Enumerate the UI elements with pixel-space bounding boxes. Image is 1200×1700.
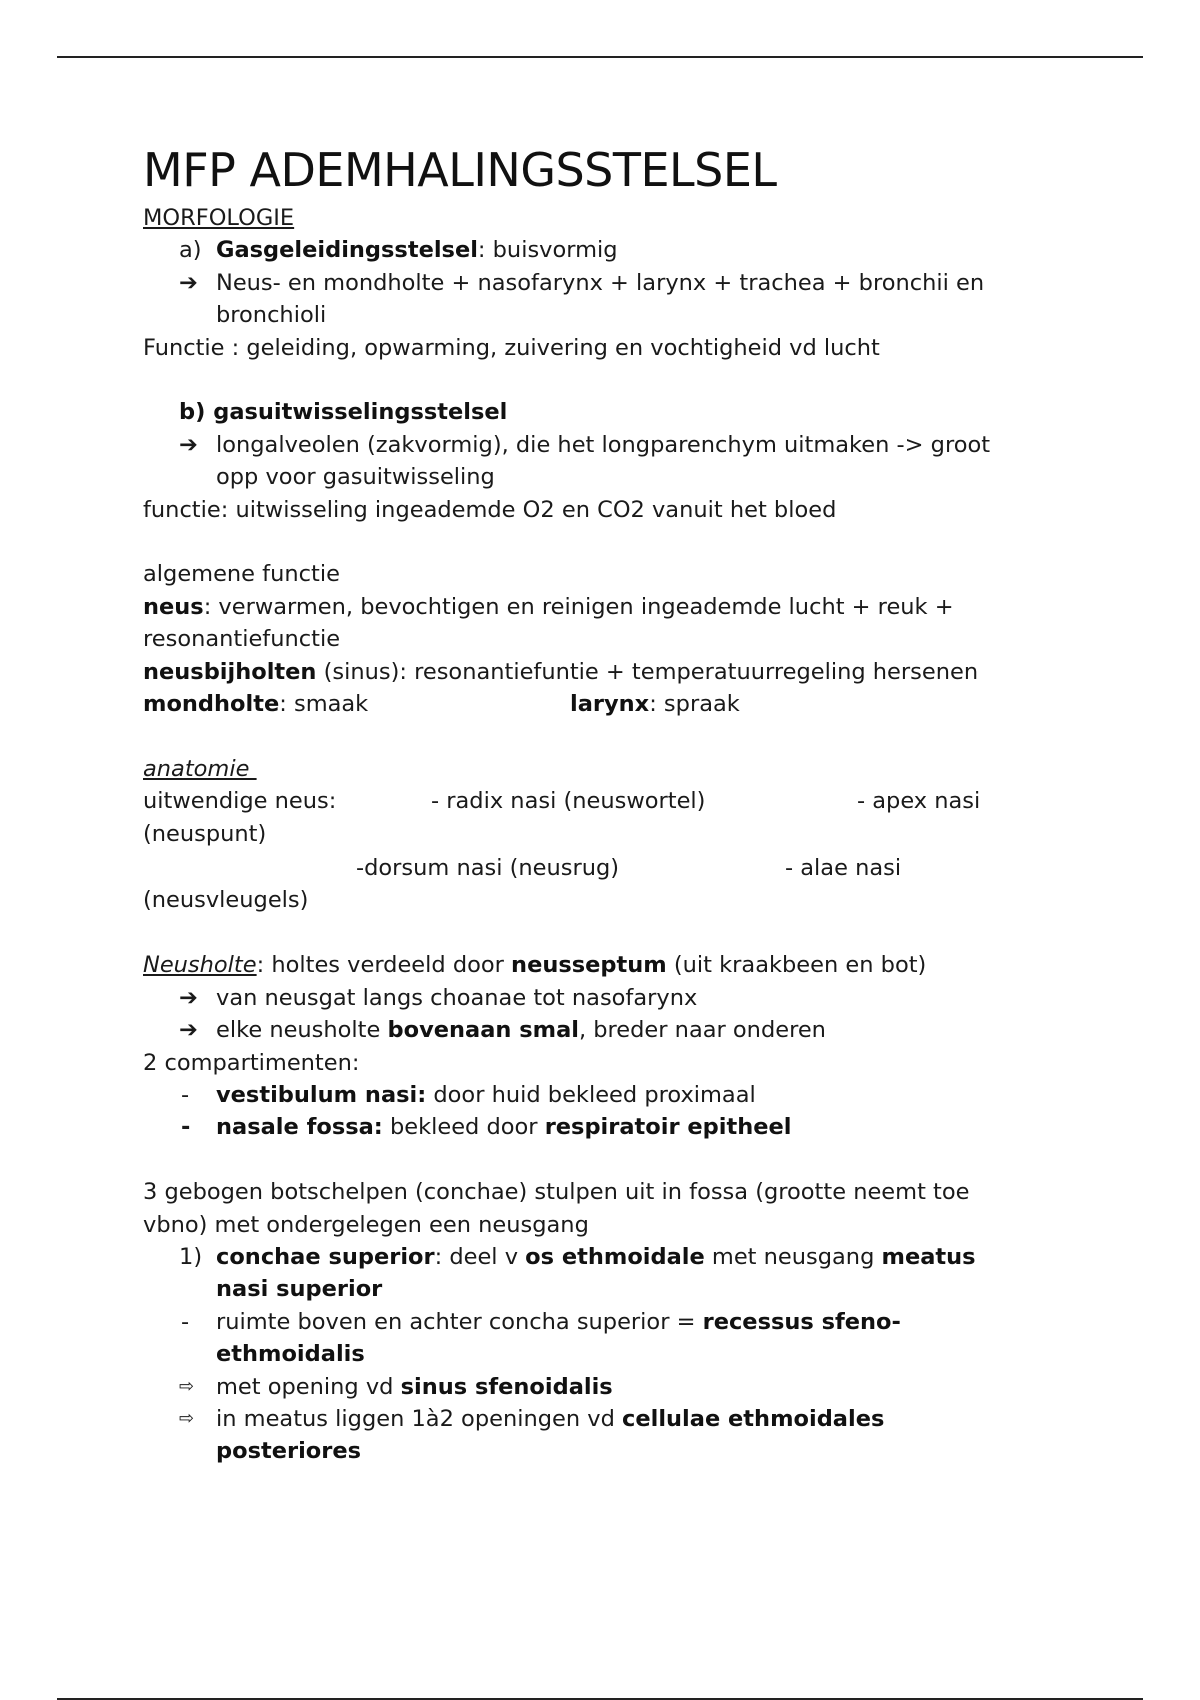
dash-bullet-icon: - xyxy=(181,1111,211,1143)
conchae-intro-line-cont: vbno) met ondergelegen een neusgang xyxy=(143,1209,1073,1241)
outline-arrow-item: ⇨ met opening vd sinus sfenoidalis xyxy=(143,1371,1073,1403)
function-line: functie: uitwisseling ingeademde O2 en C… xyxy=(143,494,1073,526)
arrow-right-icon: ➔ xyxy=(179,429,209,461)
dash-item: - nasale fossa: bekleed door respiratoir… xyxy=(143,1111,1073,1143)
list-item-b: b) gasuitwisselingsstelsel xyxy=(143,396,1073,428)
dash-item-cont: ethmoidalis xyxy=(143,1338,1073,1370)
alae-cont: (neusvleugels) xyxy=(143,884,1073,916)
arrow-right-icon: ➔ xyxy=(179,267,209,299)
apex-cont: (neuspunt) xyxy=(143,818,1073,850)
arrow-item: ➔ van neusgat langs choanae tot nasofary… xyxy=(143,982,1073,1014)
list-item-1: 1) conchae superior: deel v os ethmoidal… xyxy=(143,1241,1073,1273)
list-item-1-cont: nasi superior xyxy=(143,1273,1073,1305)
document-page: MFP ADEMHALINGSSTELSEL MORFOLOGIE a) Gas… xyxy=(143,140,1073,1468)
arrow-item: ➔ longalveolen (zakvormig), die het long… xyxy=(143,429,1073,461)
conchae-intro-line: 3 gebogen botschelpen (conchae) stulpen … xyxy=(143,1176,1073,1208)
outline-arrow-right-icon: ⇨ xyxy=(179,1403,209,1435)
list-item-a: a) Gasgeleidingsstelsel: buisvormig xyxy=(143,234,1073,266)
compartimenten-heading: 2 compartimenten: xyxy=(143,1047,1073,1079)
dorsum-line: -dorsum nasi (neusrug)- alae nasi xyxy=(143,852,1073,884)
list-marker: 1) xyxy=(179,1241,209,1273)
function-line: Functie : geleiding, opwarming, zuiverin… xyxy=(143,332,1073,364)
mondholte-larynx-line: mondholte: smaaklarynx: spraak xyxy=(143,688,1073,720)
outline-arrow-right-icon: ⇨ xyxy=(179,1371,209,1403)
neusbijholten-line: neusbijholten (sinus): resonantiefuntie … xyxy=(143,656,1073,688)
neus-line-cont: resonantiefunctie xyxy=(143,623,1073,655)
dash-item: - vestibulum nasi: door huid bekleed pro… xyxy=(143,1079,1073,1111)
general-function-heading: algemene functie xyxy=(143,558,1073,590)
section-heading-morfologie: MORFOLOGIE xyxy=(143,202,1073,234)
neus-line: neus: verwarmen, bevochtigen en reinigen… xyxy=(143,591,1073,623)
arrow-item: ➔ Neus- en mondholte + nasofarynx + lary… xyxy=(143,267,1073,299)
section-heading-anatomie: anatomie xyxy=(143,756,257,782)
uitwendige-neus-line: uitwendige neus:- radix nasi (neuswortel… xyxy=(143,785,1073,817)
dash-item: - ruimte boven en achter concha superior… xyxy=(143,1306,1073,1338)
outline-arrow-item: ⇨ in meatus liggen 1à2 openingen vd cell… xyxy=(143,1403,1073,1435)
arrow-item-cont: bronchioli xyxy=(143,299,1073,331)
dash-bullet-icon: - xyxy=(181,1079,211,1111)
arrow-right-icon: ➔ xyxy=(179,982,209,1014)
header-rule xyxy=(57,56,1143,58)
outline-arrow-item-cont: posteriores xyxy=(143,1435,1073,1467)
arrow-right-icon: ➔ xyxy=(179,1014,209,1046)
neusholte-line: Neusholte: holtes verdeeld door neussept… xyxy=(143,949,1073,981)
list-marker: a) xyxy=(179,234,209,266)
arrow-item-cont: opp voor gasuitwisseling xyxy=(143,461,1073,493)
dash-bullet-icon: - xyxy=(181,1306,211,1338)
page-title: MFP ADEMHALINGSSTELSEL xyxy=(143,140,1073,200)
arrow-item: ➔ elke neusholte bovenaan smal, breder n… xyxy=(143,1014,1073,1046)
